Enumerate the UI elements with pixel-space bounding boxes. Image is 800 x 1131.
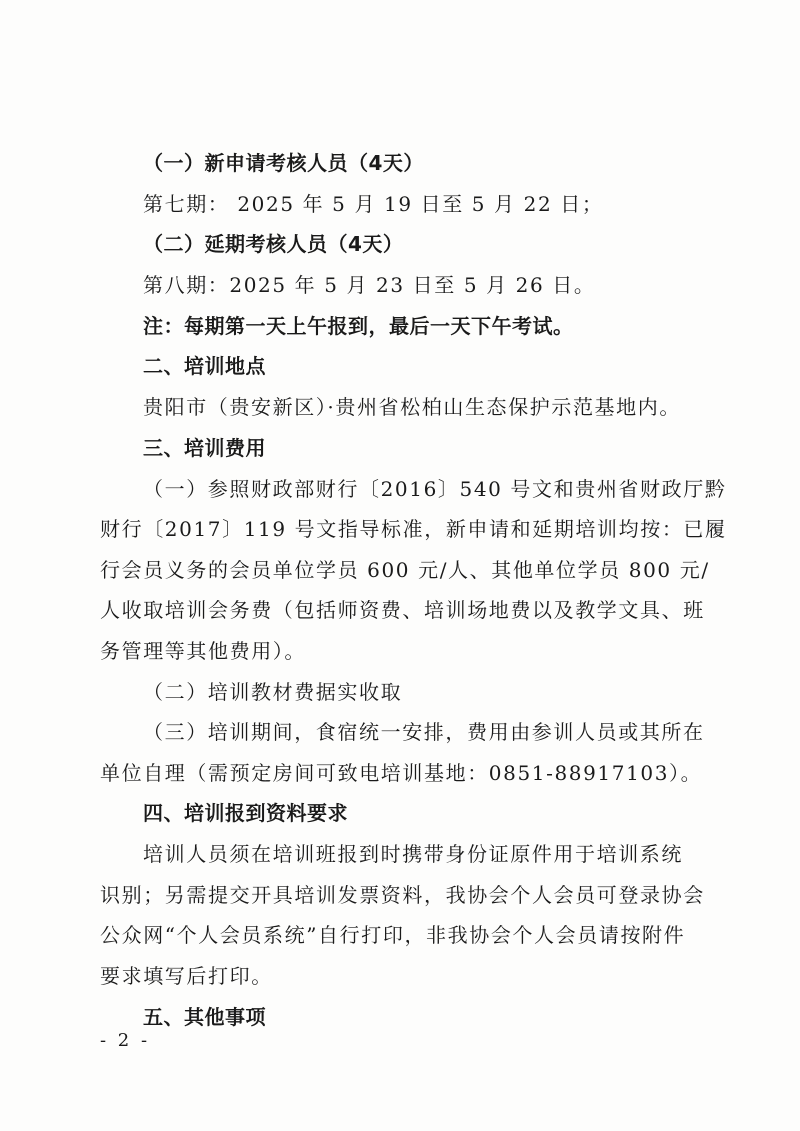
section-heading-extension: （二）延期考核人员（4天） — [143, 231, 403, 257]
registration-paragraph-line: 培训人员须在培训班报到时携带身份证原件用于培训系统 — [143, 841, 683, 867]
fees-paragraph-line: （一）参照财政部财行〔2016〕540 号文和贵州省财政厅黔 — [143, 476, 726, 502]
schedule-note: 注：每期第一天上午报到，最后一天下午考试。 — [143, 313, 574, 339]
fees-paragraph-line: 务管理等其他费用）。 — [100, 638, 306, 664]
registration-paragraph-line: 识别；另需提交开具培训发票资料，我协会个人会员可登录协会 — [100, 882, 705, 908]
heading-other-matters: 五、其他事项 — [143, 1004, 266, 1030]
heading-registration-materials: 四、培训报到资料要求 — [143, 800, 348, 826]
registration-paragraph-line: 要求填写后打印。 — [100, 963, 273, 989]
registration-paragraph-line: 公众网“个人会员系统”自行打印，非我协会个人会员请按附件 — [100, 922, 685, 948]
training-location-text: 贵阳市（贵安新区）·贵州省松柏山生态保护示范基地内。 — [143, 394, 681, 420]
heading-training-location: 二、培训地点 — [143, 353, 266, 379]
accommodation-paragraph-line: （三）培训期间，食宿统一安排，费用由参训人员或其所在 — [143, 719, 705, 745]
accommodation-paragraph-line: 单位自理（需预定房间可致电培训基地：0851-88917103）。 — [100, 760, 702, 786]
heading-training-fees: 三、培训费用 — [143, 435, 266, 461]
fees-paragraph-line: 财行〔2017〕119 号文指导标准，新申请和延期培训均按：已履 — [100, 516, 727, 542]
fees-paragraph-line: 人收取培训会务费（包括师资费、培训场地费以及教学文具、班 — [100, 597, 705, 623]
materials-fee-text: （二）培训教材费据实收取 — [143, 679, 402, 705]
document-page: （一）新申请考核人员（4天） 第七期： 2025 年 5 月 19 日至 5 月… — [0, 0, 800, 1131]
session-eight-dates: 第八期：2025 年 5 月 23 日至 5 月 26 日。 — [143, 272, 595, 298]
fees-paragraph-line: 行会员义务的会员单位学员 600 元/人、其他单位学员 800 元/ — [100, 557, 710, 583]
page-number: - 2 - — [100, 1030, 150, 1051]
session-seven-dates: 第七期： 2025 年 5 月 19 日至 5 月 22 日； — [143, 191, 603, 217]
section-heading-new-applicants: （一）新申请考核人员（4天） — [143, 150, 424, 176]
